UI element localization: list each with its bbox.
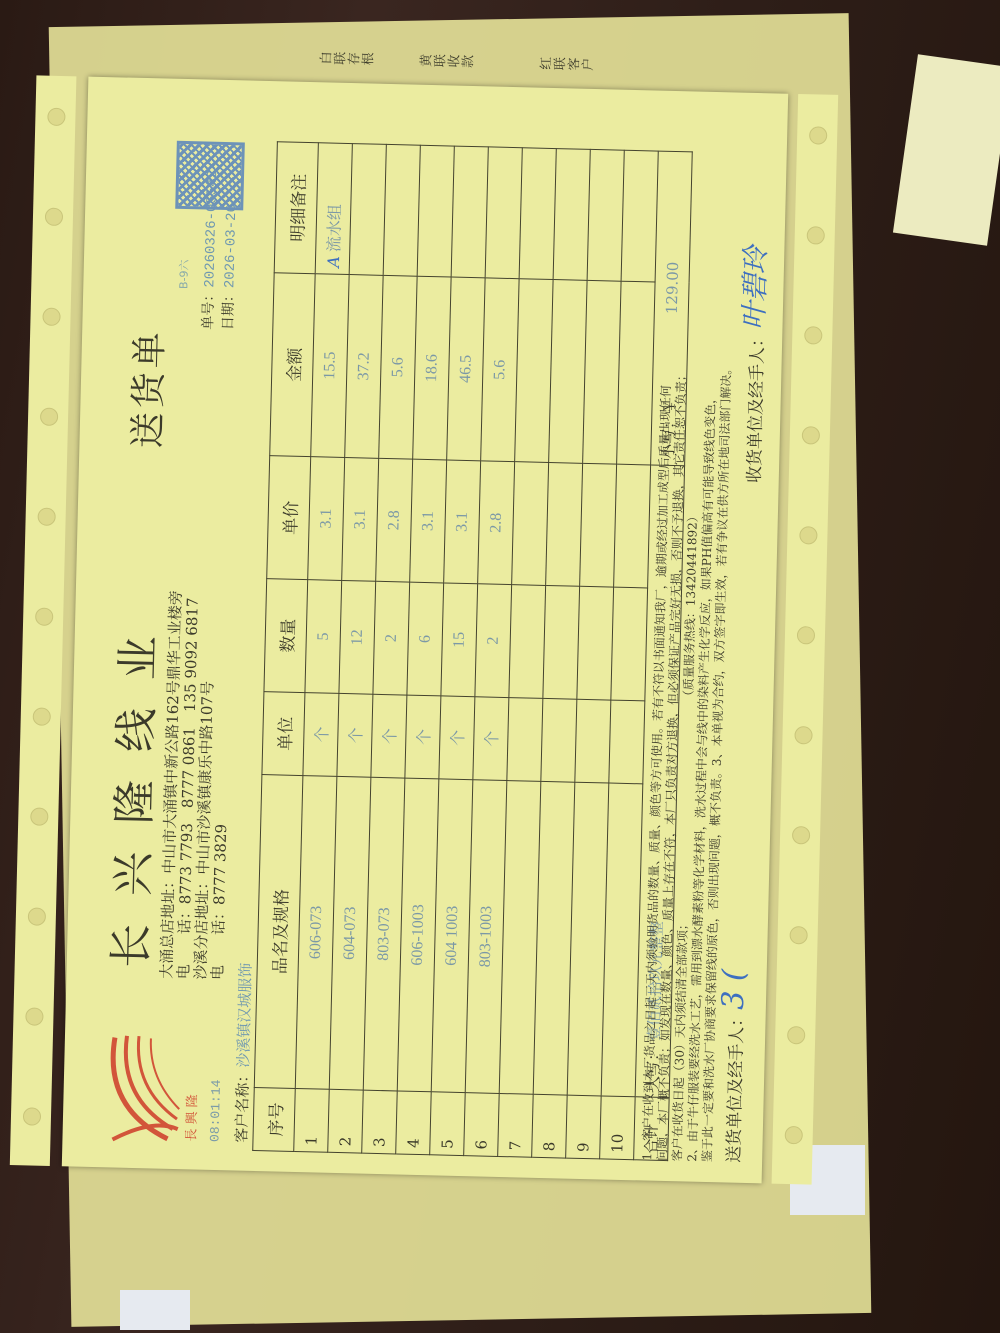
document-title: 送货单 [119,327,173,448]
print-time: 08:01:14 [207,1079,224,1142]
col-header: 单价 [267,456,311,580]
col-header: 金额 [270,273,315,457]
col-header: 序号 [253,1087,296,1151]
copy-label-yellow: 黄联收款 [419,53,475,73]
company-logo-icon [92,1027,185,1149]
col-header: 数量 [264,579,308,693]
white-slip [120,1290,190,1330]
col-header: 单位 [262,692,305,776]
side-paper [893,54,1000,245]
order-date: 日期：2026-03-26 [217,204,240,330]
delivery-receipt: 長興隆 08:01:14 长兴隆线业 送货单 大涌总店地址：中山市大涌镇中新公路… [62,77,788,1184]
company-name: 长兴隆线业 [95,607,168,968]
branch-phone: 电 话：8777 3829 [209,824,230,981]
items-table: 序号 品名及规格 单位 数量 单价 金额 明细备注 1606-073个53.11… [252,141,693,1161]
logo-text: 長興隆 [180,1090,200,1141]
form-code: B-9六 [175,259,192,289]
col-header: 明细备注 [274,142,318,274]
copy-label-red: 红联客户 [539,56,595,76]
copy-label-white: 白联存根 [319,50,375,70]
qr-code-icon [175,141,245,211]
customer-name: 客户名称：沙溪镇汉城服饰 [230,962,255,1142]
sender-signature: 送货单位及经手人：3 ( [712,969,752,1163]
receiver-signature: 收货单位及经手人：叶碧玲 [729,245,775,483]
